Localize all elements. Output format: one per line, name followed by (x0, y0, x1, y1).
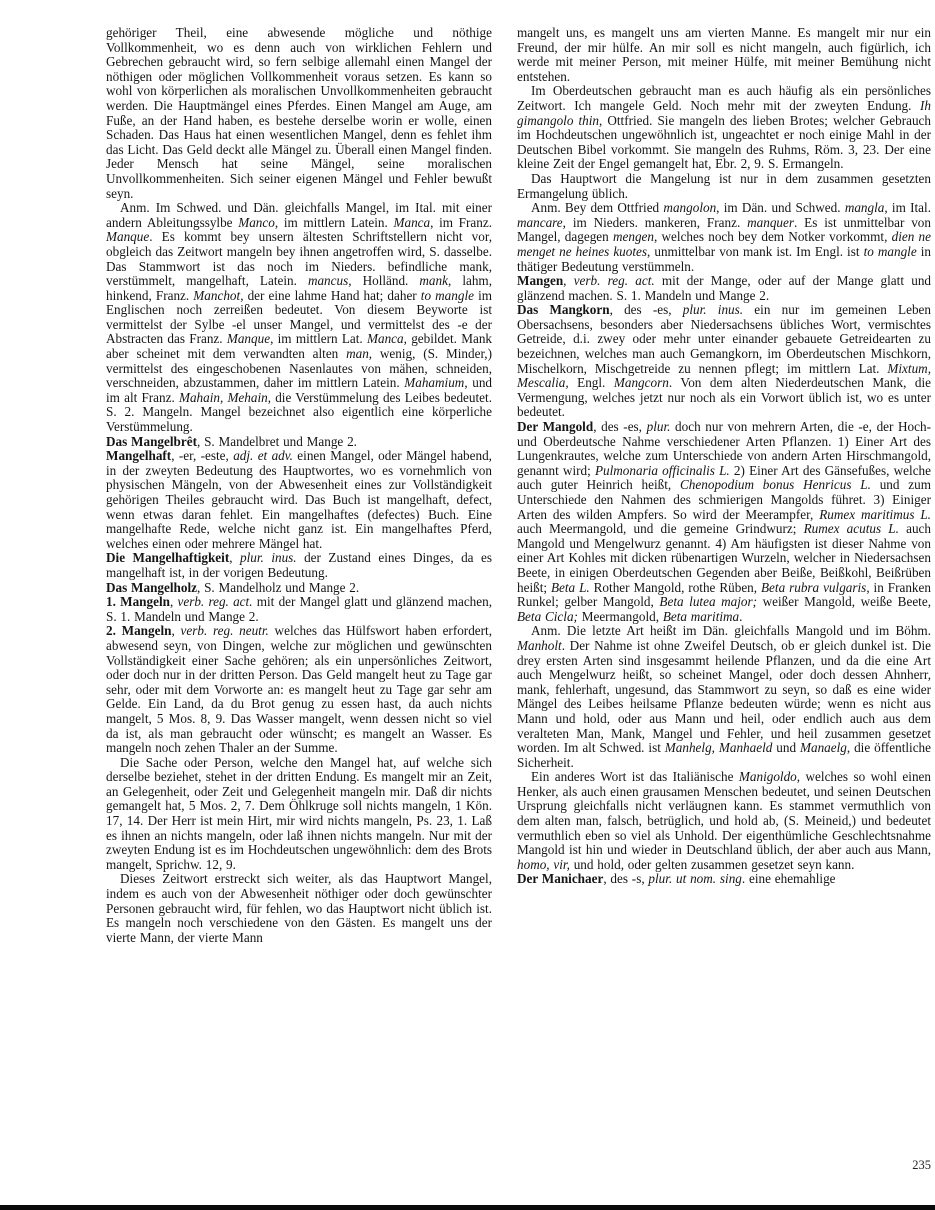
italic-term: Manca (393, 215, 430, 230)
italic-term: verb. reg. neutr. (181, 623, 269, 638)
text-run: , des -es, (610, 302, 683, 317)
text-run: Die Sache oder Person, welche den Mangel… (106, 755, 492, 872)
italic-term: Rumex acutus L. (804, 521, 899, 536)
italic-term: Beta rubra vulgaris (761, 580, 866, 595)
scan-edge-line (0, 1205, 935, 1210)
headword: Das Mangkorn (517, 302, 610, 317)
paragraph-mangeln-weiter: Dieses Zeitwort erstreckt sich weiter, a… (106, 872, 492, 945)
entry-mangelhaft: Mangelhaft, -er, -este, adj. et adv. ein… (106, 449, 492, 551)
text-run: einen Mangel, oder Mängel habend, in der… (106, 448, 492, 551)
italic-term: Mangcorn (614, 375, 669, 390)
text-run: Anm. Die letzte Art heißt im Dän. gleich… (531, 623, 931, 638)
italic-term: mangolon (663, 200, 716, 215)
text-run: mangelt uns, es mangelt uns am vierten M… (517, 25, 931, 84)
right-column: mangelt uns, es mangelt uns am vierten M… (517, 26, 931, 945)
text-run: , Holländ. (348, 273, 419, 288)
paragraph-oberdeutsch: Im Oberdeutschen gebraucht man es auch h… (517, 84, 931, 172)
paragraph-mangelung: Das Hauptwort die Mangelung ist nur in d… (517, 172, 931, 201)
italic-term: Pulmonaria officinalis L. (595, 463, 730, 478)
text-columns: gehöriger Theil, eine abwesende mögliche… (106, 26, 931, 945)
text-run: , im Ital. (884, 200, 931, 215)
text-run: , S. Mandelbret und Mange 2. (197, 434, 357, 449)
text-run: auch Meermangold, und die gemeine Grindw… (517, 521, 804, 536)
headword: Mangen (517, 273, 563, 288)
italic-term: Manchot (193, 288, 240, 303)
entry-manichaer: Der Manichaer, des -s, plur. ut nom. sin… (517, 872, 931, 887)
italic-term: plur. inus. (240, 550, 297, 565)
italic-term: Manhelg, Manhaeld (665, 740, 773, 755)
entry-mangkorn: Das Mangkorn, des -es, plur. inus. ein n… (517, 303, 931, 420)
italic-term: Beta L. (551, 580, 590, 595)
italic-term: to mangle (421, 288, 474, 303)
text-run: Das Hauptwort die Mangelung ist nur in d… (517, 171, 931, 201)
page-number: 235 (106, 1158, 931, 1173)
italic-term: Mahamium (404, 375, 464, 390)
italic-term: to mangle (864, 244, 917, 259)
headword: Der Mangold (517, 419, 593, 434)
text-run: Anm. Bey dem Ottfried (531, 200, 663, 215)
text-run: , des -es, (593, 419, 646, 434)
italic-term: mancare (517, 215, 563, 230)
entry-mangelholz: Das Mangelholz, S. Mandelholz und Mange … (106, 581, 492, 596)
italic-term: mengen (613, 229, 654, 244)
text-run: und (772, 740, 800, 755)
text-run: Rother Mangold, rothe Rüben, (590, 580, 761, 595)
paragraph-mangel-continuation: gehöriger Theil, eine abwesende mögliche… (106, 26, 492, 201)
italic-term: plur. (647, 419, 671, 434)
text-run: gehöriger Theil, eine abwesende mögliche… (106, 25, 492, 201)
italic-term: Mahain, Mehain (179, 390, 268, 405)
entry-mangeln-1: 1. Mangeln, verb. reg. act. mit der Mang… (106, 595, 492, 624)
headword: 1. Mangeln (106, 594, 170, 609)
entry-mangeln-2: 2. Mangeln, verb. reg. neutr. welches da… (106, 624, 492, 755)
text-run: , (229, 550, 240, 565)
text-run: Engl. (569, 375, 614, 390)
text-run: Ein anderes Wort ist das Italiänische (531, 769, 739, 784)
text-run: und hold, oder gelten zusammen gesetzet … (570, 857, 855, 872)
italic-term: Beta maritima (663, 609, 739, 624)
italic-term: homo, vir, (517, 857, 570, 872)
headword: Die Mangelhaftigkeit (106, 550, 229, 565)
text-run: . eine ehemahlige (742, 871, 836, 886)
text-run: weißer Mangold, weiße Beete, (757, 594, 931, 609)
scanned-dictionary-page: gehöriger Theil, eine abwesende mögliche… (0, 0, 935, 1210)
italic-term: mangla (845, 200, 885, 215)
text-run: welches das Hülfswort haben erfordert, a… (106, 623, 492, 755)
entry-mangold: Der Mangold, des -es, plur. doch nur von… (517, 420, 931, 624)
text-run: , welches noch bey dem Notker vorkommt, (654, 229, 892, 244)
italic-term: Manca (367, 331, 404, 346)
entry-mangelbret: Das Mangelbrêt, S. Mandelbret und Mange … (106, 435, 492, 450)
italic-term: man (346, 346, 369, 361)
headword: Das Mangelholz (106, 580, 197, 595)
paragraph-mangeln-fortsetzung: mangelt uns, es mangelt uns am vierten M… (517, 26, 931, 84)
text-run: , (170, 594, 178, 609)
text-run: , im Dän. und Schwed. (716, 200, 845, 215)
entry-mangen: Mangen, verb. reg. act. mit der Mange, o… (517, 274, 931, 303)
italic-term: Manigoldo (739, 769, 797, 784)
entry-mangelhaftigkeit: Die Mangelhaftigkeit, plur. inus. der Zu… (106, 551, 492, 580)
italic-term: mank (419, 273, 448, 288)
paragraph-mangeln-dativ: Die Sache oder Person, welche den Mangel… (106, 756, 492, 873)
text-run: , (563, 273, 574, 288)
headword: Das Mangelbrêt (106, 434, 197, 449)
italic-term: Manaelg (800, 740, 847, 755)
text-run: Im Oberdeutschen gebraucht man es auch h… (517, 83, 931, 113)
italic-term: Chenopodium bonus Henricus L. (680, 477, 871, 492)
text-run: Meermangold, (578, 609, 663, 624)
italic-term: verb. reg. act. (574, 273, 655, 288)
italic-term: Beta lutea major; (659, 594, 757, 609)
italic-term: manquer (747, 215, 794, 230)
italic-term: mancus (308, 273, 348, 288)
text-run: , unmittelbar von mank ist. Im Engl. ist (647, 244, 864, 259)
headword: 2. Mangeln (106, 623, 171, 638)
text-run: , im Franz. (430, 215, 492, 230)
text-run: , der eine lahme Hand hat; daher (240, 288, 421, 303)
paragraph-anm-mangeln: Anm. Bey dem Ottfried mangolon, im Dän. … (517, 201, 931, 274)
headword: Der Manichaer (517, 871, 603, 886)
text-run: , im mittlern Latein. (275, 215, 394, 230)
italic-term: Rumex maritimus L. (819, 507, 931, 522)
paragraph-manigoldo: Ein anderes Wort ist das Italiänische Ma… (517, 770, 931, 872)
text-run: . Der Nahme ist ohne Zweifel Deutsch, ob… (517, 638, 931, 755)
italic-term: Manholt (517, 638, 562, 653)
italic-term: verb. reg. act. (178, 594, 253, 609)
left-column: gehöriger Theil, eine abwesende mögliche… (106, 26, 492, 945)
text-run: Dieses Zeitwort erstreckt sich weiter, a… (106, 871, 492, 944)
paragraph-anm-mangold: Anm. Die letzte Art heißt im Dän. gleich… (517, 624, 931, 770)
italic-term: adj. et adv. (233, 448, 293, 463)
italic-term: Manco (238, 215, 275, 230)
text-run: . (739, 609, 742, 624)
text-run: , des -s, (603, 871, 648, 886)
text-run: , im mittlern Lat. (270, 331, 367, 346)
text-run: , -er, -este, (171, 448, 233, 463)
text-run: , im Nieders. mankeren, Franz. (563, 215, 747, 230)
text-run: , (171, 623, 180, 638)
paragraph-anm-mangel: Anm. Im Schwed. und Dän. gleichfalls Man… (106, 201, 492, 435)
italic-term: Manque (227, 331, 270, 346)
italic-term: plur. ut nom. sing (648, 871, 741, 886)
italic-term: Manque (106, 229, 149, 244)
italic-term: Beta Cicla; (517, 609, 578, 624)
italic-term: plur. inus. (683, 302, 743, 317)
text-run: , S. Mandelholz und Mange 2. (197, 580, 359, 595)
headword: Mangelhaft (106, 448, 171, 463)
